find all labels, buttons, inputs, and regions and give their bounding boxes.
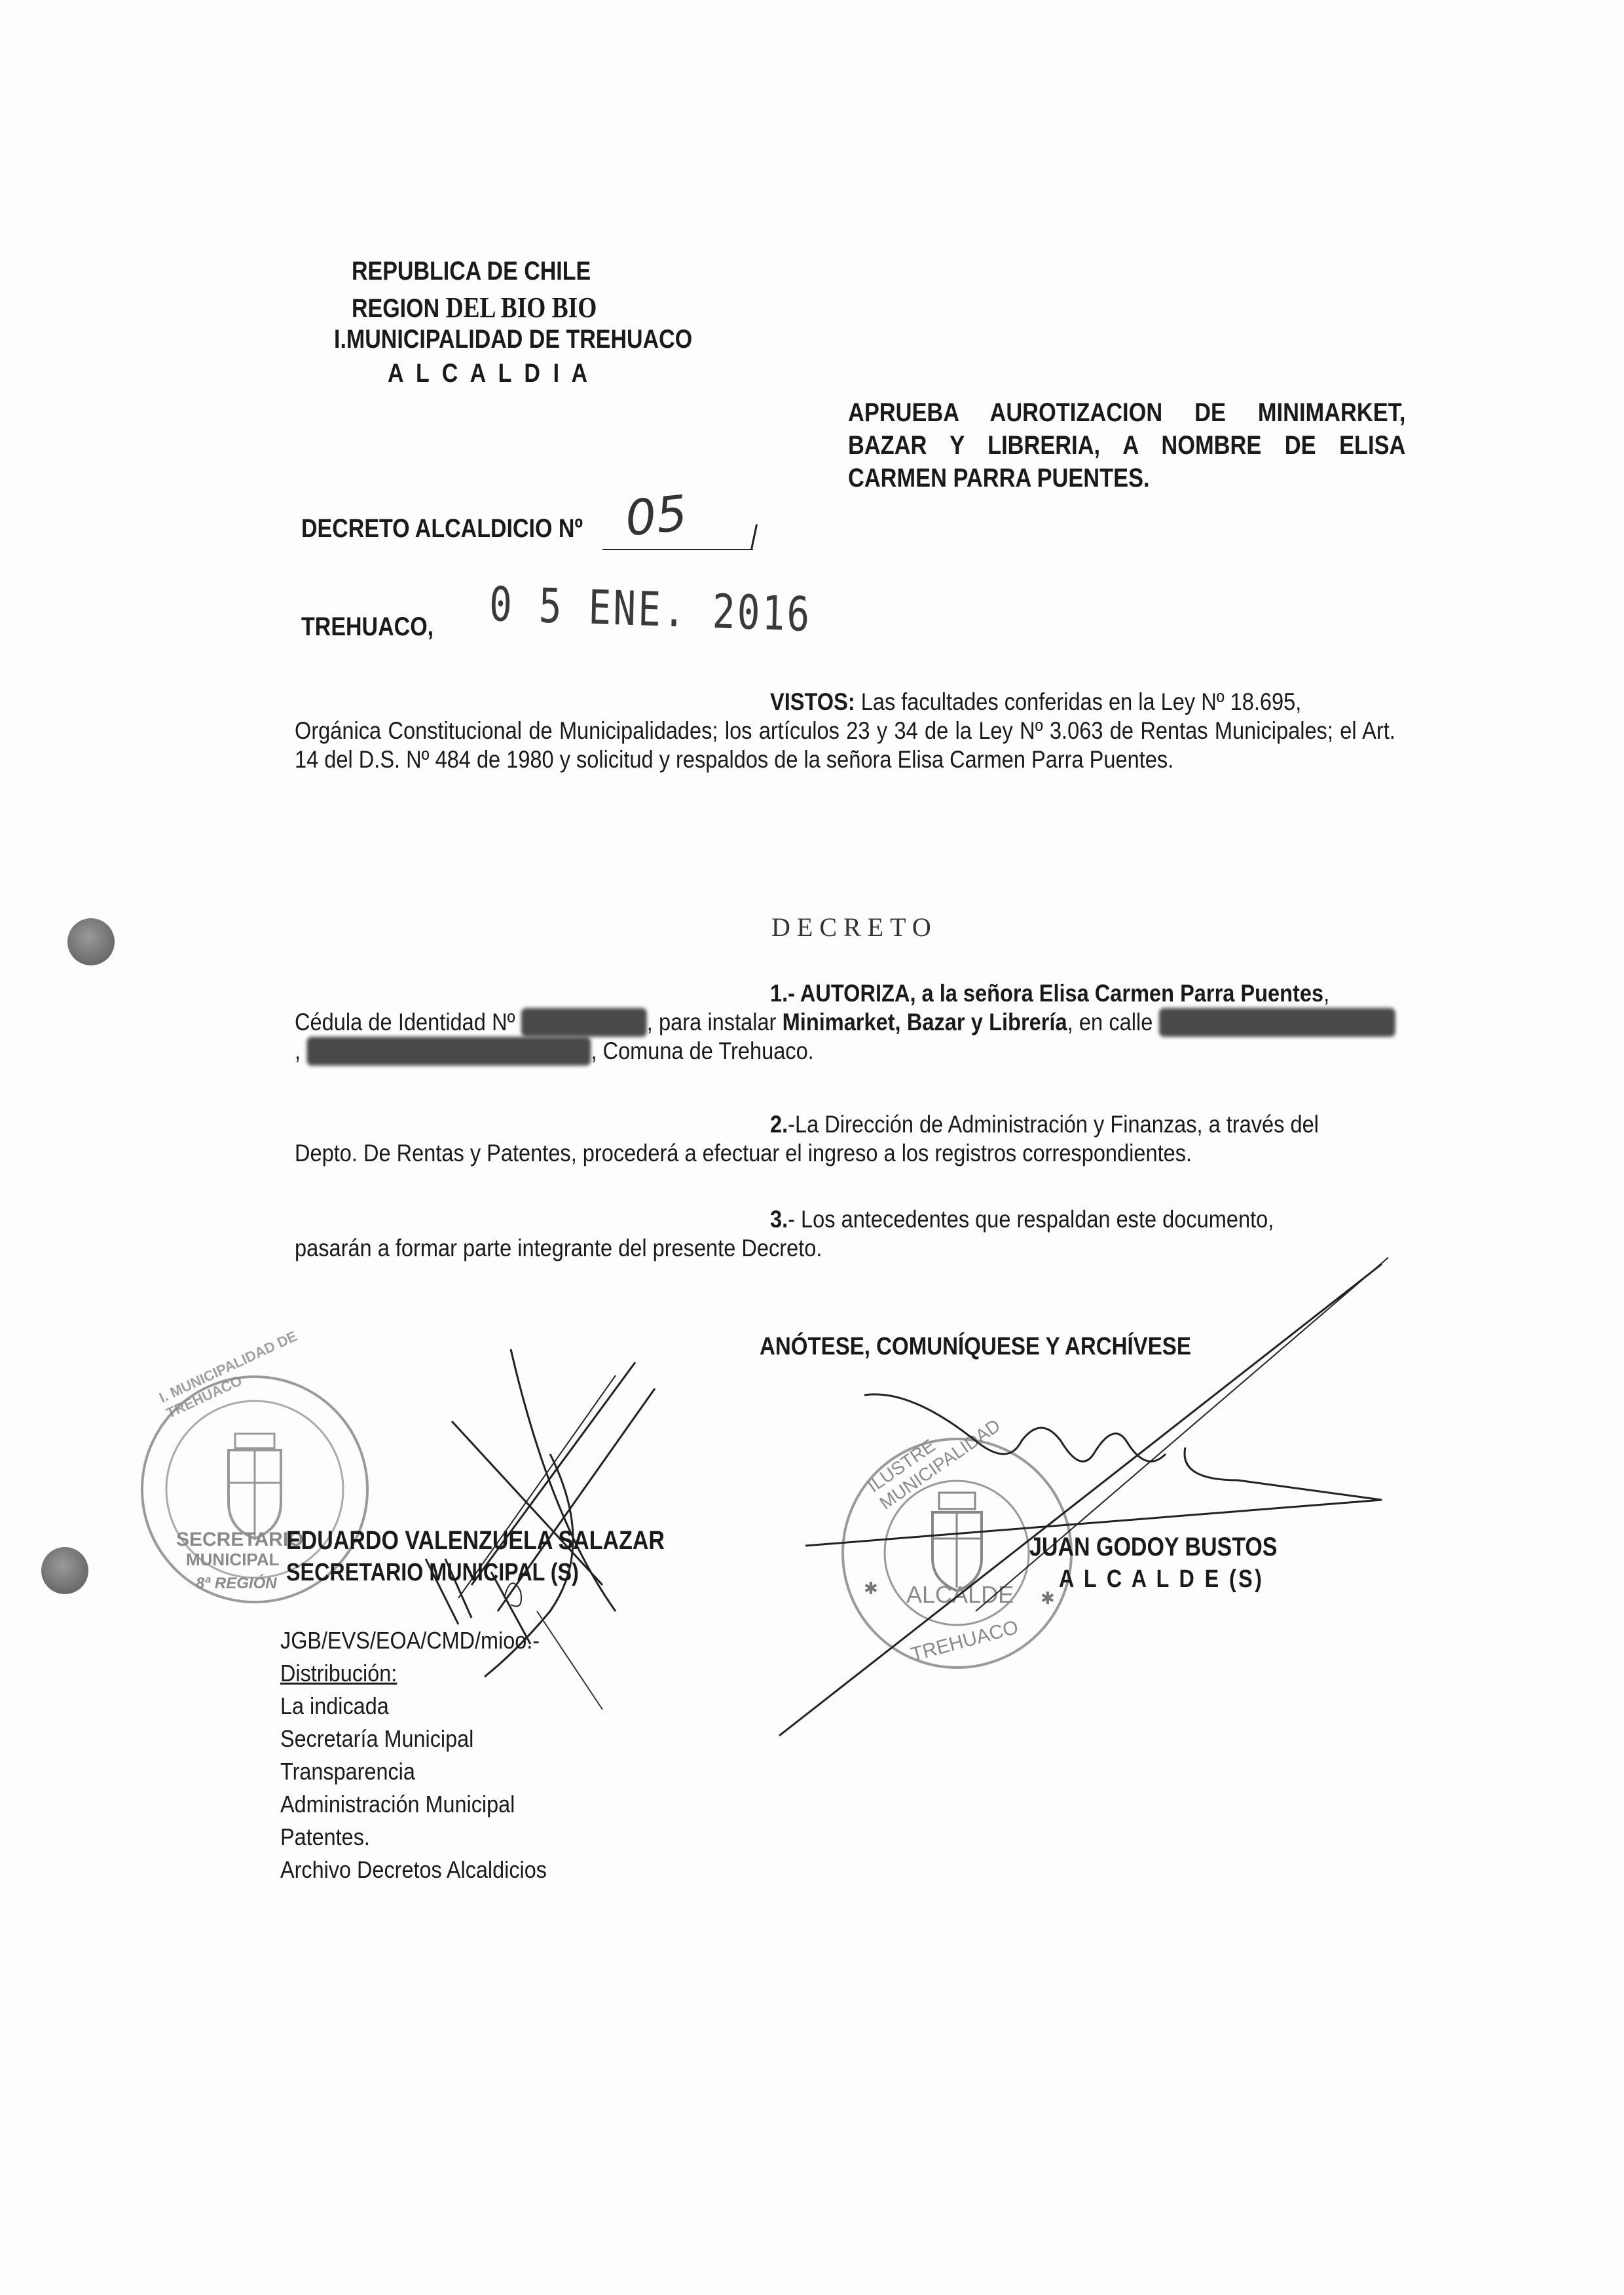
punch-hole-top xyxy=(67,918,115,965)
distribution-item: Archivo Decretos Alcaldicios xyxy=(280,1854,547,1886)
decree-number-underline xyxy=(602,549,753,550)
decree-place: TREHUACO, xyxy=(301,612,434,642)
mayor-signature xyxy=(779,1244,1500,1703)
distribution-item: Secretaría Municipal xyxy=(280,1723,547,1755)
distribution-item: La indicada xyxy=(280,1690,547,1723)
distribution-label: Distribución: xyxy=(280,1657,547,1690)
redacted-id-number: 12.000.071-7 xyxy=(521,1008,647,1037)
mayor-role: A L C A L D E (S) xyxy=(1059,1565,1264,1594)
article-2: 2.-La Dirección de Administración y Fina… xyxy=(295,1110,1395,1168)
distribution-block: JGB/EVS/EOA/CMD/mioo.- Distribución: La … xyxy=(280,1624,547,1886)
distribution-item: Administración Municipal xyxy=(280,1788,547,1821)
vistos-paragraph: VISTOS: Las facultades conferidas en la … xyxy=(295,688,1395,774)
article-1: 1.- AUTORIZA, a la señora Elisa Carmen P… xyxy=(295,979,1395,1066)
secretary-name: EDUARDO VALENZUELA SALAZAR xyxy=(286,1526,665,1556)
distribution-item: Transparencia xyxy=(280,1755,547,1788)
redacted-street-address: Pasaje Los Robles Nº 01 xyxy=(1159,1008,1395,1037)
decree-number-label: DECRETO ALCALDICIO Nº xyxy=(301,514,583,544)
reference-initials: JGB/EVS/EOA/CMD/mioo.- xyxy=(280,1624,547,1657)
letterhead-region: REGION DEL BIO BIO xyxy=(352,291,597,324)
punch-hole-bottom xyxy=(41,1547,88,1594)
mayor-name: JUAN GODOY BUSTOS xyxy=(1029,1533,1277,1562)
letterhead-country: REPUBLICA DE CHILE xyxy=(352,257,591,286)
secretary-role: SECRETARIO MUNICIPAL (S) xyxy=(286,1559,579,1587)
decree-number-handwritten: 05 xyxy=(623,485,690,547)
date-stamp: 0 5 ENE. 2016 xyxy=(489,576,812,642)
decree-subject: APRUEBA AUROTIZACION DE MINIMARKET, BAZA… xyxy=(848,396,1405,494)
letterhead-municipality: I.MUNICIPALIDAD DE TREHUACO xyxy=(334,325,692,354)
decree-number-slash xyxy=(750,524,758,550)
distribution-item: Patentes. xyxy=(280,1821,547,1854)
letterhead-office: A L C A L D I A xyxy=(388,359,591,388)
redacted-neighborhood: Población Clodomiro Almeyda xyxy=(306,1037,591,1066)
decreto-heading: DECRETO xyxy=(771,912,938,942)
